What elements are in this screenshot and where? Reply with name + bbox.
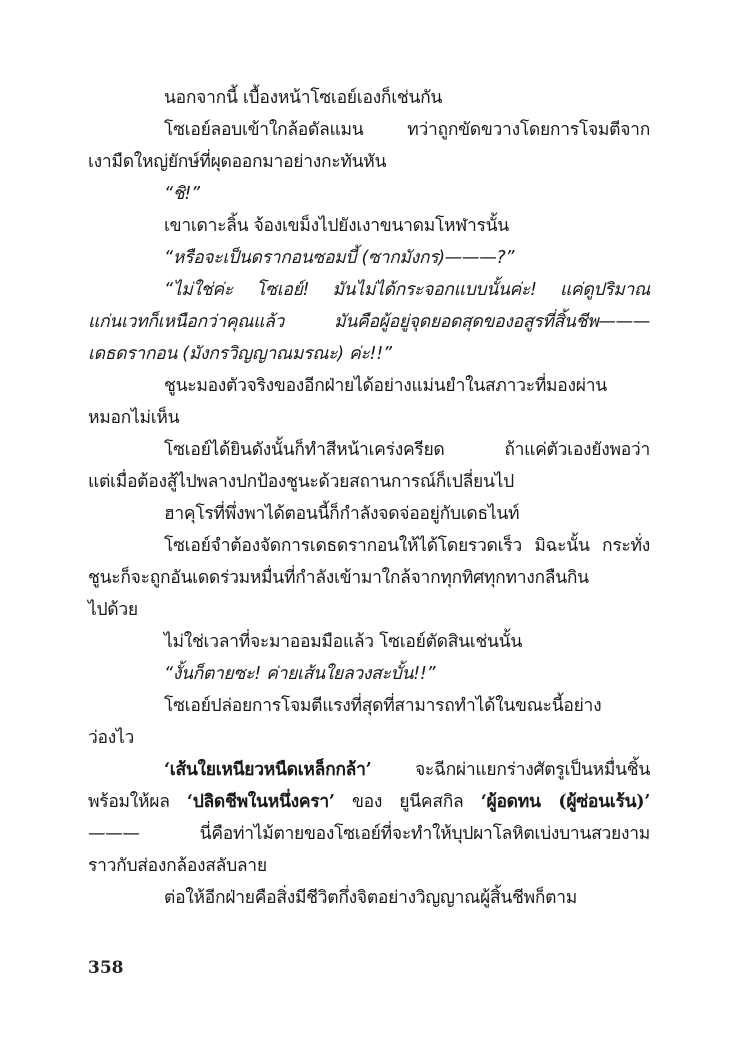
text-line-skill: ‘เส้นใยเหนียวหนืดเหล็กกล้า’ จะฉีกผ่าแยกร… <box>88 754 650 786</box>
dialogue-line: “หรือจะเป็นดรากอนซอมบี้ (ซากมังกร)———?” <box>88 242 650 274</box>
text-line: ไม่ใช่เวลาที่จะมาออมมือแล้ว โซเอย์ตัดสิน… <box>88 626 650 658</box>
dialogue-line: “ชิ!” <box>88 178 650 210</box>
text-span: พร้อมให้ผล <box>88 792 187 812</box>
text-line: ฮาคุโรที่พึ่งพาได้ตอนนี้ก็กำลังจดจ่ออยู่… <box>88 498 650 530</box>
text-line: โซเอย์ปล่อยการโจมตีแรงที่สุดที่สามารถทำไ… <box>88 690 650 722</box>
dialogue-line: แก่นเวทก็เหนือกว่าคุณแล้ว มันคือผู้อยู่จ… <box>88 306 650 338</box>
text-line: แต่เมื่อต้องสู้ไปพลางปกป้องชูนะด้วยสถานก… <box>88 466 650 498</box>
text-span: ของ ยูนีคสกิล <box>335 792 481 812</box>
text-line: ชูนะมองตัวจริงของอีกฝ่ายได้อย่างแม่นยำใน… <box>88 370 650 402</box>
text-span: จะฉีกผ่าแยกร่างศัตรูเป็นหมื่นชิ้น <box>371 760 650 780</box>
text-line: โซเอย์ลอบเข้าใกล้อดัลแมน ทว่าถูกขัดขวางโ… <box>88 114 650 146</box>
book-page-body: นอกจากนี้ เบื้องหน้าโซเอย์เองก็เช่นกัน โ… <box>88 82 650 914</box>
page-number: 358 <box>88 958 124 978</box>
text-line: ต่อให้อีกฝ่ายคือสิ่งมีชีวิตกึ่งจิตอย่างว… <box>88 882 650 914</box>
skill-name: ‘ผู้อดทน (ผู้ซ่อนเร้น)’ <box>481 792 650 812</box>
text-line: เขาเดาะลิ้น จ้องเขม็งไปยังเงาขนาดมโหฬารน… <box>88 210 650 242</box>
dialogue-line: “งั้นก็ตายซะ! ค่ายเส้นใยลวงสะบั้น!!” <box>88 658 650 690</box>
text-line: หมอกไม่เห็น <box>88 402 650 434</box>
text-line: ไปด้วย <box>88 594 650 626</box>
text-line: ราวกับส่องกล้องสลับลาย <box>88 850 650 882</box>
text-line: โซเอย์ได้ยินดังนั้นก็ทำสีหน้าเคร่งครียด … <box>88 434 650 466</box>
dialogue-line: “ไม่ใช่ค่ะ โซเอย์! มันไม่ได้กระจอกแบบนั้… <box>88 274 650 306</box>
skill-name: ‘เส้นใยเหนียวหนืดเหล็กกล้า’ <box>164 760 371 780</box>
text-line: ชูนะก็จะถูกอันเดดร่วมหมื่นที่กำลังเข้ามา… <box>88 562 650 594</box>
text-line-skill: พร้อมให้ผล ‘ปลิดชีพในหนึ่งครา’ ของ ยูนีค… <box>88 786 650 818</box>
skill-name: ‘ปลิดชีพในหนึ่งครา’ <box>187 792 335 812</box>
text-line: นอกจากนี้ เบื้องหน้าโซเอย์เองก็เช่นกัน <box>88 82 650 114</box>
text-line: โซเอย์จำต้องจัดการเดธดรากอนให้ได้โดยรวดเ… <box>88 530 650 562</box>
text-line: เงามืดใหญ่ยักษ์ที่ผุดออกมาอย่างกะทันหัน <box>88 146 650 178</box>
dialogue-line: เดธดรากอน (มังกรวิญญาณมรณะ) ค่ะ!!” <box>88 338 650 370</box>
text-line: ว่องไว <box>88 722 650 754</box>
text-line: ——— นี่คือท่าไม้ตายของโซเอย์ที่จะทำให้บุ… <box>88 818 650 850</box>
